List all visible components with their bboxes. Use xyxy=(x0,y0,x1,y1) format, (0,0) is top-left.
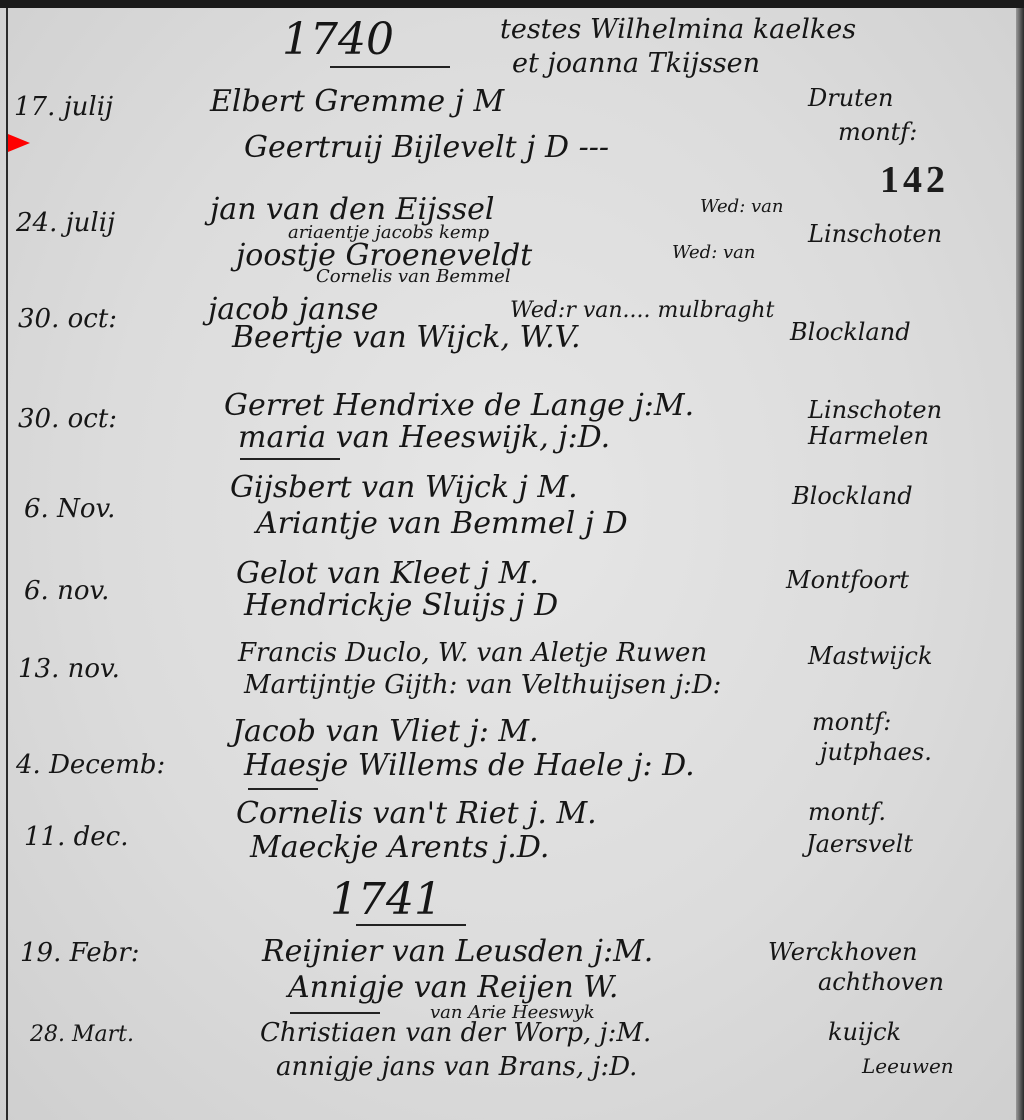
left-margin-rule xyxy=(6,8,8,1120)
bride-name: Martijntje Gijth: van Velthuijsen j:D: xyxy=(244,670,721,700)
bride-name: Hendrickje Sluijs j D xyxy=(244,588,558,623)
bride-name: maria van Heeswijk, j:D. xyxy=(238,420,610,455)
entry-underline xyxy=(240,458,340,460)
place-groom: Werckhoven xyxy=(768,938,918,966)
place: Blockland xyxy=(792,482,913,510)
entry-date: 30. oct: xyxy=(18,304,117,334)
place-bride: Leeuwen xyxy=(862,1054,954,1078)
entry-date: 30. oct: xyxy=(18,404,117,434)
place-groom: montf. xyxy=(808,798,886,826)
year-underline xyxy=(330,66,450,68)
bride-name: Ariantje van Bemmel j D xyxy=(256,506,628,541)
place-groom: kuijck xyxy=(828,1018,901,1046)
year-heading-1740: 1740 xyxy=(282,14,394,65)
groom-name: Reijnier van Leusden j:M. xyxy=(262,934,653,969)
groom-name: Christiaen van der Worp, j:M. xyxy=(260,1018,651,1048)
bride-name: Beertje van Wijck, W.V. xyxy=(232,320,581,355)
place-bride: Harmelen xyxy=(808,422,929,450)
year-heading-1741: 1741 xyxy=(330,874,442,925)
entry-date: 11. dec. xyxy=(24,822,128,852)
entry-date: 17. julij xyxy=(14,92,113,122)
groom-name: Gijsbert van Wijck j M. xyxy=(230,470,578,505)
witnesses-line-2: et joanna Tkijssen xyxy=(512,48,760,79)
bride-name: Haesje Willems de Haele j: D. xyxy=(244,748,695,783)
groom-name: Jacob van Vliet j: M. xyxy=(232,714,539,749)
entry-date: 19. Febr: xyxy=(20,938,139,968)
witnesses-line-1: testes Wilhelmina kaelkes xyxy=(500,14,856,45)
page-number: 142 xyxy=(880,158,949,202)
red-pointer-marker xyxy=(8,134,30,152)
place: Montfoort xyxy=(786,566,909,594)
entry-date: 13. nov. xyxy=(18,654,120,684)
bride-name: Geertruij Bijlevelt j D --- xyxy=(244,130,609,165)
bride-widow-note: Wed: van xyxy=(672,242,756,263)
place-bride: jutphaes. xyxy=(820,738,932,766)
place-groom: Linschoten xyxy=(808,396,942,424)
groom-name: Gerret Hendrixe de Lange j:M. xyxy=(224,388,694,423)
place-bride: Jaersvelt xyxy=(806,830,913,858)
entry-date: 4. Decemb: xyxy=(16,750,165,780)
entry-underline xyxy=(248,788,318,790)
place-bride: montf: xyxy=(838,118,917,146)
groom-name: Cornelis van't Riet j. M. xyxy=(236,796,597,831)
entry-date: 24. julij xyxy=(16,208,115,238)
entry-underline xyxy=(290,1012,380,1014)
groom-widower-note: Wed: van xyxy=(700,196,784,217)
place-groom: Druten xyxy=(808,84,893,112)
year-underline xyxy=(356,924,466,926)
place-groom: montf: xyxy=(812,708,891,736)
entry-date: 6. Nov. xyxy=(24,494,115,524)
place: Mastwijck xyxy=(808,642,933,670)
place: Linschoten xyxy=(808,220,942,248)
groom-name: Elbert Gremme j M xyxy=(210,84,504,119)
bride-late-husband: Cornelis van Bemmel xyxy=(316,266,511,287)
bride-name: Annigje van Reijen W. xyxy=(288,970,618,1005)
register-page: 1740 testes Wilhelmina kaelkes et joanna… xyxy=(0,0,1024,1120)
entry-date: 6. nov. xyxy=(24,576,109,606)
groom-name: Gelot van Kleet j M. xyxy=(236,556,539,591)
entry-date: 28. Mart. xyxy=(30,1022,134,1047)
place: Blockland xyxy=(790,318,911,346)
page-edge-shadow xyxy=(1016,8,1024,1120)
bride-name: annigje jans van Brans, j:D. xyxy=(276,1052,637,1082)
groom-name: Francis Duclo, W. van Aletje Ruwen xyxy=(238,638,707,668)
bride-name: Maeckje Arents j.D. xyxy=(250,830,549,865)
place-bride: achthoven xyxy=(818,968,944,996)
